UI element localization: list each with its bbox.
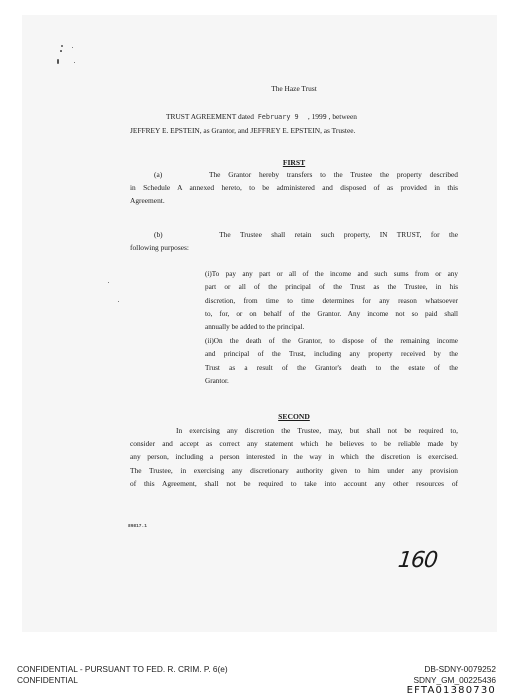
preamble-line-2: JEFFREY E. EPSTEIN, as Grantor, and JEFF… (130, 124, 458, 137)
preamble-suffix: , between (329, 112, 357, 121)
handwritten-year-digit: 9 (323, 113, 327, 121)
scan-speck (61, 45, 63, 47)
bates-number-sdny: SDNY_GM_00225436 (407, 675, 496, 686)
sub-item-line: annually be added to the principal. (205, 321, 458, 334)
sub-item-line: (ii)On the death of the Grantor, to disp… (205, 335, 458, 348)
paragraph-a-line: in Schedule A annexed hereto, to be admi… (130, 181, 458, 194)
handwritten-page-number: 160 (397, 548, 439, 573)
sub-item-i: (i)To pay any part or all of the income … (205, 268, 458, 334)
paragraph-a-line: (a) The Grantor hereby transfers to the … (130, 168, 458, 181)
preamble: TRUST AGREEMENT dated February 9 , 1999 … (130, 110, 458, 137)
paragraph-b-line: (b) The Trustee shall retain such proper… (130, 228, 458, 241)
sub-item-ii: (ii)On the death of the Grantor, to disp… (205, 335, 458, 388)
scan-speck (108, 282, 109, 283)
bates-number-db: DB-SDNY-0079252 (407, 664, 496, 675)
handwritten-date: February 9 (258, 113, 299, 121)
scan-speck (118, 301, 119, 302)
footer-left: CONFIDENTIAL - PURSUANT TO FED. R. CRIM.… (17, 664, 228, 685)
section-second-line: consider and accept as correct any state… (130, 437, 458, 450)
scan-speck (60, 50, 62, 52)
section-heading-second: SECOND (130, 412, 458, 421)
scan-speck (57, 59, 59, 64)
section-second-line: any person, including a person intereste… (130, 450, 458, 463)
section-heading-first: FIRST (130, 158, 458, 167)
sub-item-line: Trust as a result of the Grantor's death… (205, 362, 458, 375)
document-title: The Haze Trust (130, 84, 458, 93)
sub-item-line: to, for, or on behalf of the Grantor. An… (205, 308, 458, 321)
sub-item-line: discretion, from time to time determines… (205, 295, 458, 308)
sub-item-line: (i)To pay any part or all of the income … (205, 268, 458, 281)
paragraph-b-line: following purposes: (130, 241, 458, 254)
paragraph-a: (a) The Grantor hereby transfers to the … (130, 168, 458, 208)
preamble-prefix: TRUST AGREEMENT dated (166, 112, 254, 121)
document-code: 89817.1 (128, 524, 147, 529)
confidential-label: CONFIDENTIAL (17, 675, 228, 686)
sub-item-line: Grantor. (205, 375, 458, 388)
section-second-line: of this Agreement, shall not be required… (130, 477, 458, 490)
section-second-line: The Trustee, in exercising any discretio… (130, 464, 458, 477)
section-second-body: In exercising any discretion the Trustee… (130, 424, 458, 490)
footer-right: DB-SDNY-0079252 SDNY_GM_00225436 EFTA013… (407, 664, 496, 697)
paragraph-b: (b) The Trustee shall retain such proper… (130, 228, 458, 254)
confidential-notice: CONFIDENTIAL - PURSUANT TO FED. R. CRIM.… (17, 664, 228, 675)
paragraph-a-label: (a) (154, 170, 162, 179)
paragraph-a-line: Agreement. (130, 194, 458, 207)
section-second-line: In exercising any discretion the Trustee… (130, 424, 458, 437)
preamble-line-1: TRUST AGREEMENT dated February 9 , 1999 … (130, 110, 458, 124)
paragraph-b-label: (b) (154, 230, 163, 239)
sub-item-line: part or all of the principal of the Trus… (205, 281, 458, 294)
bates-number-efta: EFTA01380730 (407, 685, 496, 697)
sub-item-line: and principal of the Trust, including an… (205, 348, 458, 361)
year-prefix: , 199 (308, 112, 323, 121)
